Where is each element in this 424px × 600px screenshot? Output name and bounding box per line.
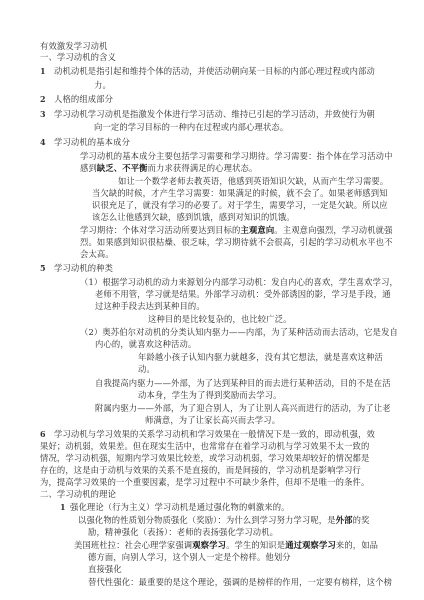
paragraph-line: 学习期待：个体对学习活动所要达到目标的主观意向。主观意向强烈，学习动机就强 [80, 225, 393, 235]
text-run: 而力求获得满足的心理状态。 [148, 163, 258, 173]
item-number: 3 [40, 109, 46, 119]
paragraph-line: 感到缺乏、不平衡而力求获得满足的心理状态。 [80, 163, 257, 173]
text-run: 学习期待：个体对学习活动所要达到目标的 [80, 225, 241, 235]
text-run: 。学生的知识是 [226, 540, 285, 550]
item-text: 学习动机与学习效果的关系学习动机和学习效果在一般情况下是一致的，即动机强，效 [54, 429, 375, 439]
item-text: 力。 [94, 80, 111, 90]
type-line: 这种目的是比较复杂的，也比较广泛。 [148, 314, 292, 324]
theory-line: 励，精神强化（表扬）：老师的表扬强化学习动机。 [88, 527, 278, 537]
item-text: 存在的，这是由于动机与效果的关系不是直接的，而是间接的，学习动机是影响学习行 [40, 465, 361, 475]
item-number: 4 [40, 137, 46, 147]
paragraph-line: 会太高。 [80, 249, 114, 259]
paragraph-line: 烈。如果感到知识很枯燥、很乏味，学习期待就不会很高，引起的学习动机水平也不 [80, 237, 393, 247]
item-text: 向一定的学习目标的一种内在过程或内部心理状态。 [94, 122, 288, 132]
item-text: 人格的组成部分 [54, 94, 113, 104]
theory-line: 替代性强化：最重要的是这个理论，强调的是榜样的作用，一定要有榜样，这个榜 [88, 577, 392, 587]
paragraph-line: 学习动机的基本成分主要包括学习需要和学习期待。学习需要：指个体在学习活动中 [80, 151, 393, 161]
item-text: 学习动机的基本成分 [54, 137, 130, 147]
theory-line: 德方面，向别人学习，这个别人一定是个榜样。他划分 [88, 552, 291, 562]
text-run: 美国班杜拉：社会心理学家强调 [74, 540, 192, 550]
example-line: 如让一个数学老师去教英语，他感到英语知识欠缺，从而产生学习需要。 [118, 176, 388, 186]
bold-term: 缺乏、不平衡 [97, 163, 148, 173]
bold-term: 外部 [336, 515, 353, 525]
text-run: 的奖 [353, 515, 370, 525]
type-line: 过这种手段去达到某种目的。 [95, 301, 205, 311]
item-number: 1 [40, 66, 46, 76]
type-line: 附属内驱力——外部，为了迎合别人，为了让别人高兴而进行的活动，为了让老 [95, 403, 391, 413]
item-text: 为，提高学习效果的一个重要因素，是学习过程中不可缺少条件，但却不是唯一的条件。 [40, 477, 369, 487]
text-run: 来的，如品 [336, 540, 378, 550]
type-line: （2）奥苏伯尔对动机的分类认知内驱力——内部，为了某种活动而去活动，它是发自 [80, 327, 398, 337]
item-text: 动机动机是指引起和维持个体的活动，并使活动朝向某一目标的内部心理过程或内部动 [54, 66, 375, 76]
type-line: 自我提高内驱力——外部，为了达到某种目的而去进行某种活动，目的不是在活 [95, 378, 391, 388]
document-title: 有效激发学习动机 [40, 41, 108, 51]
section-heading-2: 二、学习动机的理论 [40, 489, 116, 499]
text-run: 感到 [80, 163, 97, 173]
item-text: 学习动机学习动机是指激发个体进行学习活动、维持已引起的学习活动，并致使行为朝 [54, 109, 375, 119]
item-number: 6 [40, 429, 46, 439]
theory-line: 直接强化 [88, 564, 122, 574]
theory-line: 强化理论（行为主义）学习动机是通过强化物的刺激来的。 [70, 502, 290, 512]
item-text: 情况，学习动机强，短期内学习效果比较差，或学习动机弱，学习效果却较好的情况都是 [40, 453, 369, 463]
example-line: 当欠缺的时候，才产生学习需要：如果满足的时候，就不会了。如果老师感到知 [92, 188, 388, 198]
example-line: 该怎么让他感到欠缺，感到饥饿，感到对知识的饥饿。 [92, 212, 295, 222]
type-line: （1）根据学习动机的动力来源划分内部学习动机：发自内心的喜欢，学生喜欢学习， [80, 277, 398, 287]
example-line: 识很充足了，就没有学习的必要了。对于学生，需要学习，一定是欠缺。所以应 [92, 200, 388, 210]
item-text: 果好；动机弱，效果差。但在现实生活中，也常常存在着学习动机与学习效果不太一致的 [40, 441, 369, 451]
type-line: 师满意，为了让家长高兴而去学习。 [145, 415, 280, 425]
item-text: 学习动机的种类 [54, 263, 113, 273]
type-line: 老师不用管，学习就是结果。外部学习动机：受外部诱因的影，学习是手段，通 [95, 289, 391, 299]
item-number: 1 [60, 502, 66, 512]
theory-line: 美国班杜拉：社会心理学家强调观察学习。学生的知识是通过观察学习来的，如品 [74, 540, 378, 550]
section-heading-1: 一、学习动机的含义 [40, 52, 116, 62]
item-number: 2 [40, 94, 46, 104]
item-number: 5 [40, 263, 46, 273]
type-line: 动本身，学生为了得到奖励而去学习。 [138, 390, 282, 400]
document-page: 有效激发学习动机 一、学习动机的含义 1 动机动机是指引起和维持个体的活动，并使… [0, 0, 424, 600]
bold-term: 观察学习 [192, 540, 226, 550]
type-line: 内心的，就喜欢这种活动。 [95, 339, 196, 349]
type-line: 动。 [138, 364, 155, 374]
theory-line: 以强化物的性质划分物质强化（奖励）：为什么到学习努力学习呢，是外部的奖 [78, 515, 370, 525]
text-run: 。主观意向强烈，学习动机就强 [274, 225, 392, 235]
type-line: 年龄越小孩子认知内驱力就越多，没有其它想法，就是喜欢这种活 [138, 352, 383, 362]
bold-term: 主观意向 [241, 225, 275, 235]
bold-term: 通过观察学习 [285, 540, 336, 550]
text-run: 以强化物的性质划分物质强化（奖励）：为什么到学习努力学习呢，是 [78, 515, 336, 525]
